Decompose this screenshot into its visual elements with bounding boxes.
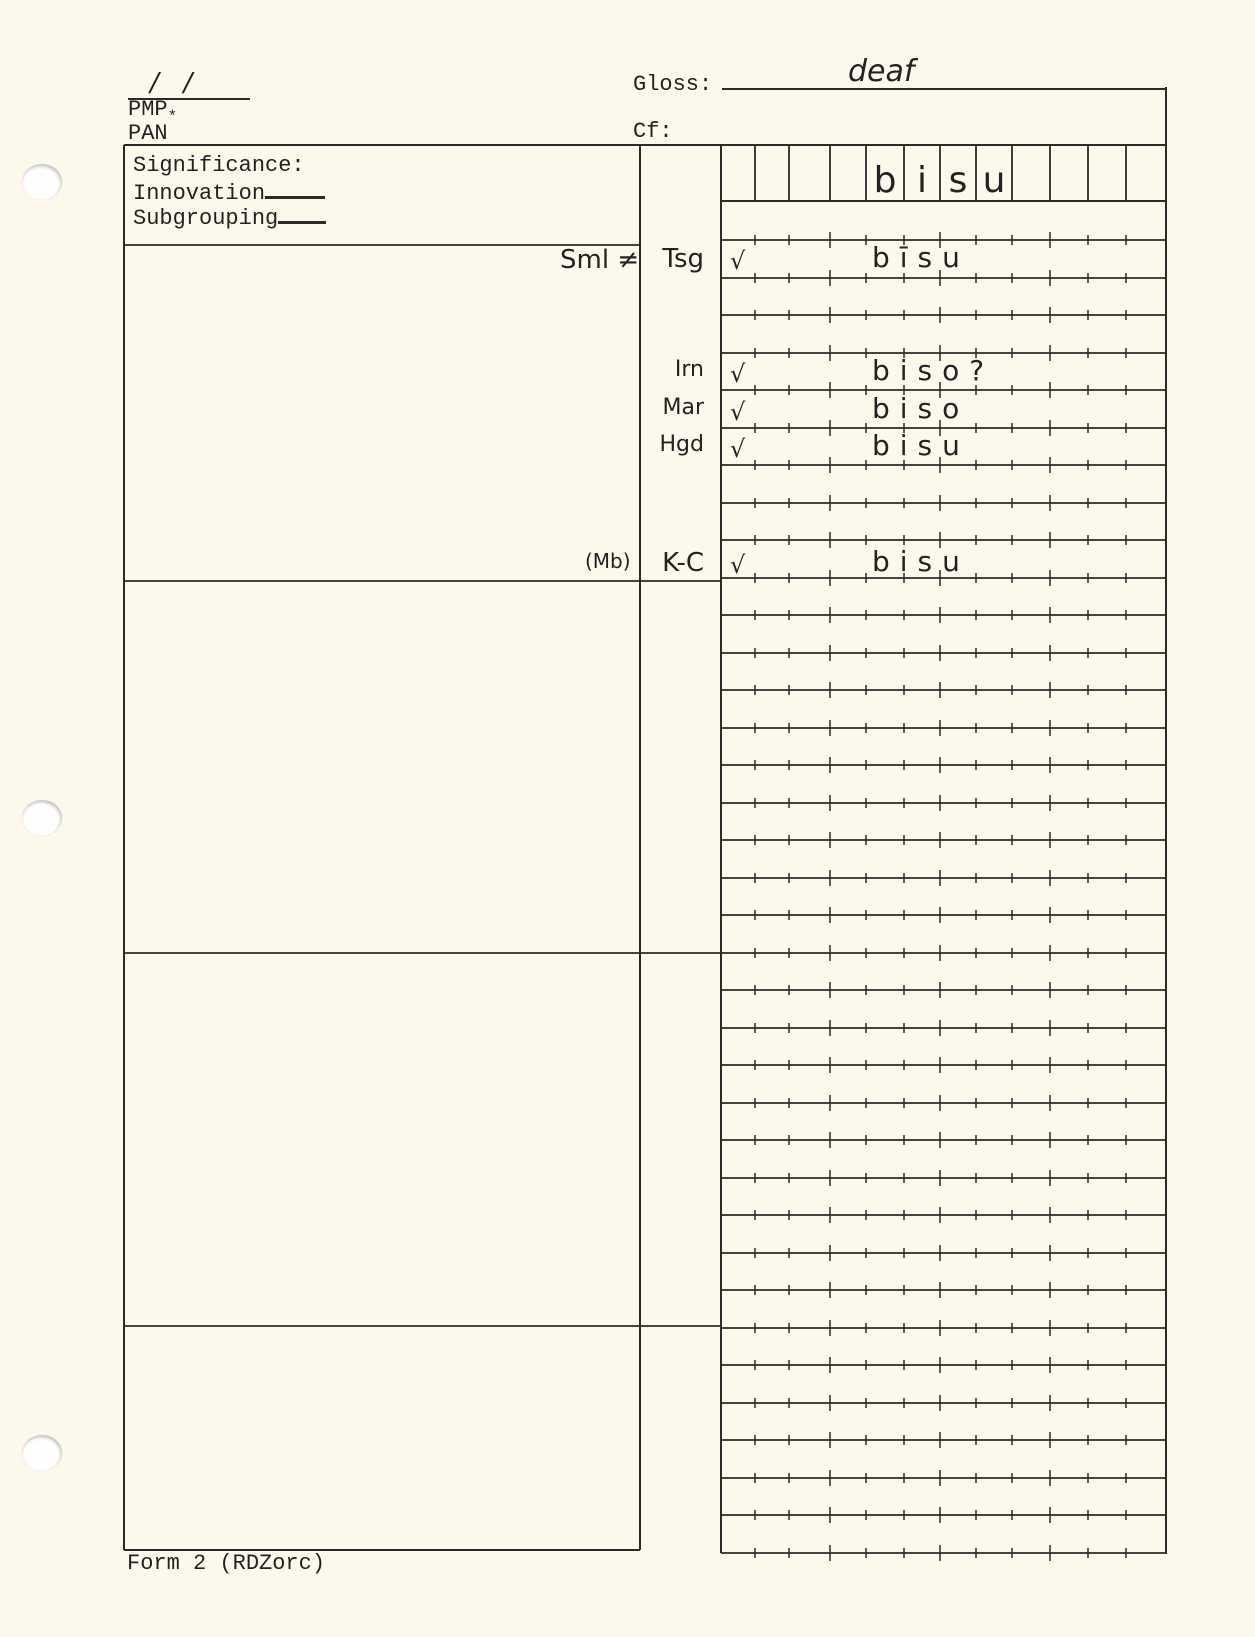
reconstruction-cell[interactable]: u	[976, 160, 1012, 201]
entry-form[interactable]: biso	[872, 392, 969, 425]
form-footer-label: Form 2 (RDZorc)	[127, 1551, 325, 1576]
reconstruction-cell[interactable]: b	[866, 160, 904, 201]
subgrouping-label: Subgrouping	[133, 203, 326, 231]
innovation-label: Innovation	[133, 178, 325, 206]
significance-title: Significance:	[133, 153, 305, 178]
entry-check-icon[interactable]: √	[730, 435, 745, 463]
reconstruction-cell[interactable]: i	[904, 160, 940, 201]
entry-form[interactable]: bīsu	[872, 241, 970, 274]
entry-check-icon[interactable]: √	[730, 360, 745, 388]
reconstruction-cell[interactable]: s	[940, 160, 976, 201]
entry-language: K-C	[614, 548, 704, 578]
entry-form[interactable]: bisu	[872, 545, 970, 578]
entry-language: Tsg	[614, 244, 704, 274]
entry-form[interactable]: biso?	[872, 354, 994, 387]
entry-check-icon[interactable]: √	[730, 551, 745, 579]
innovation-field[interactable]	[265, 178, 325, 199]
entry-language: Hgd	[614, 432, 704, 457]
entry-language: Irn	[614, 357, 704, 382]
entry-check-icon[interactable]: √	[730, 247, 745, 275]
entry-check-icon[interactable]: √	[730, 398, 745, 426]
subgrouping-field[interactable]	[278, 203, 326, 224]
entry-form[interactable]: bisu	[872, 429, 970, 462]
entry-language: Mar	[614, 395, 704, 420]
